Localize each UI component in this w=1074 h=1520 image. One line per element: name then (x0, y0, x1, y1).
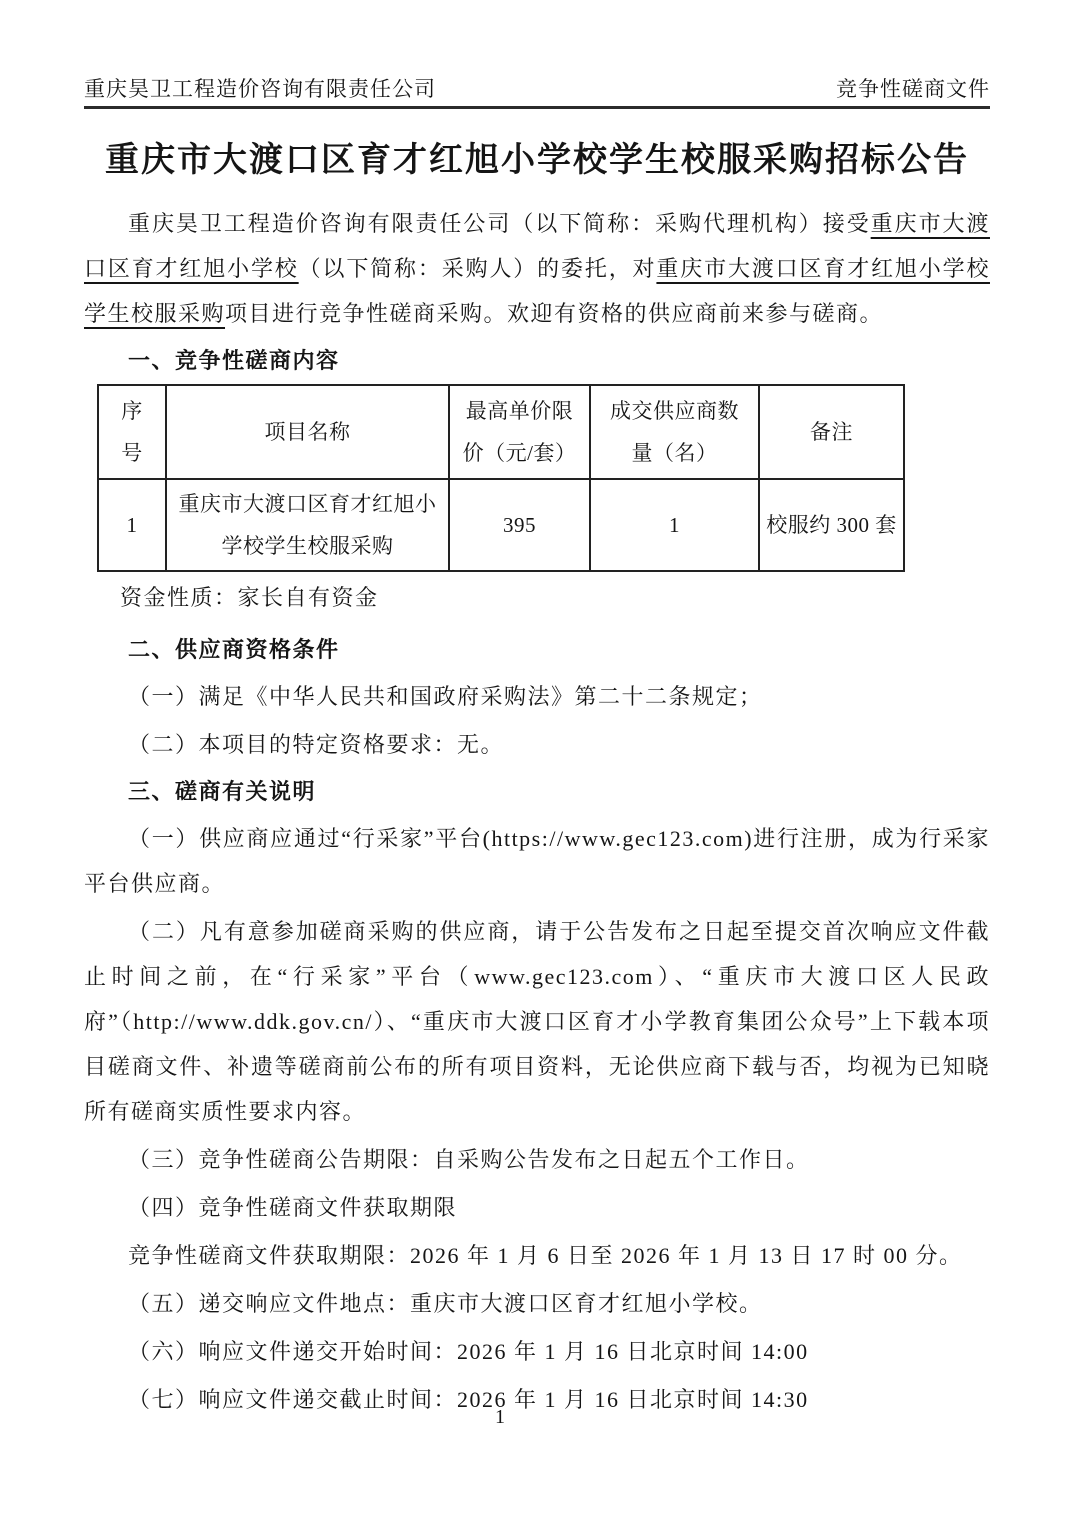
procurement-table: 序号 项目名称 最高单价限价（元/套） 成交供应商数量（名） 备注 1 重庆市大… (97, 384, 905, 572)
column-header-project-name: 项目名称 (166, 385, 449, 479)
section2-item-1: （一）满足《中华人民共和国政府采购法》第二十二条规定； (84, 674, 990, 719)
column-header-supplier-count: 成交供应商数量（名） (590, 385, 759, 479)
content-area: 重庆昊卫工程造价咨询有限责任公司 竞争性磋商文件 重庆市大渡口区育才红旭小学校学… (0, 0, 1074, 1422)
header-document-type: 竞争性磋商文件 (836, 76, 990, 102)
cell-seq: 1 (98, 479, 166, 571)
section3-heading: 三、磋商有关说明 (84, 771, 990, 813)
table-header-row: 序号 项目名称 最高单价限价（元/套） 成交供应商数量（名） 备注 (98, 385, 904, 479)
section3-item-4-detail: 竞争性磋商文件获取期限：2026 年 1 月 6 日至 2026 年 1 月 1… (84, 1233, 990, 1278)
cell-max-unit-price: 395 (449, 479, 590, 571)
section1-heading: 一、竞争性磋商内容 (84, 340, 990, 382)
section3-item-1: （一）供应商应通过“行采家”平台(https://www.gec123.com)… (84, 816, 990, 906)
section3-item-3: （三）竞争性磋商公告期限：自采购公告发布之日起五个工作日。 (84, 1137, 990, 1182)
document-page: 重庆昊卫工程造价咨询有限责任公司 竞争性磋商文件 重庆市大渡口区育才红旭小学校学… (0, 0, 1074, 1520)
section3-item-5: （五）递交响应文件地点：重庆市大渡口区育才红旭小学校。 (84, 1281, 990, 1326)
page-title: 重庆市大渡口区育才红旭小学校学生校服采购招标公告 (84, 137, 990, 185)
column-header-remark: 备注 (759, 385, 904, 479)
section3-item-6: （六）响应文件递交开始时间：2026 年 1 月 16 日北京时间 14:00 (84, 1329, 990, 1374)
page-number: 1 (0, 1404, 1000, 1430)
section3-item-2: （二）凡有意参加磋商采购的供应商，请于公告发布之日起至提交首次响应文件截止时间之… (84, 909, 990, 1134)
plain-text: （以下简称：采购人）的委托，对 (299, 256, 657, 281)
header-company-name: 重庆昊卫工程造价咨询有限责任公司 (84, 76, 436, 102)
cell-supplier-count: 1 (590, 479, 759, 571)
section3-item-4: （四）竞争性磋商文件获取期限 (84, 1185, 990, 1230)
plain-text: 重庆昊卫工程造价咨询有限责任公司（以下简称：采购代理机构）接受 (128, 211, 871, 236)
section2-heading: 二、供应商资格条件 (84, 629, 990, 671)
fund-source-note: 资金性质：家长自有资金 (120, 577, 990, 619)
section2-item-2: （二）本项目的特定资格要求：无。 (84, 722, 990, 767)
plain-text: 项目进行竞争性磋商采购。欢迎有资格的供应商前来参与磋商。 (225, 301, 883, 326)
intro-paragraph: 重庆昊卫工程造价咨询有限责任公司（以下简称：采购代理机构）接受重庆市大渡口区育才… (84, 201, 990, 336)
column-header-max-unit-price: 最高单价限价（元/套） (449, 385, 590, 479)
table-row: 1 重庆市大渡口区育才红旭小学校学生校服采购 395 1 校服约 300 套 (98, 479, 904, 571)
cell-remark: 校服约 300 套 (759, 479, 904, 571)
cell-project-name: 重庆市大渡口区育才红旭小学校学生校服采购 (166, 479, 449, 571)
page-header: 重庆昊卫工程造价咨询有限责任公司 竞争性磋商文件 (84, 0, 990, 109)
column-header-seq: 序号 (98, 385, 166, 479)
